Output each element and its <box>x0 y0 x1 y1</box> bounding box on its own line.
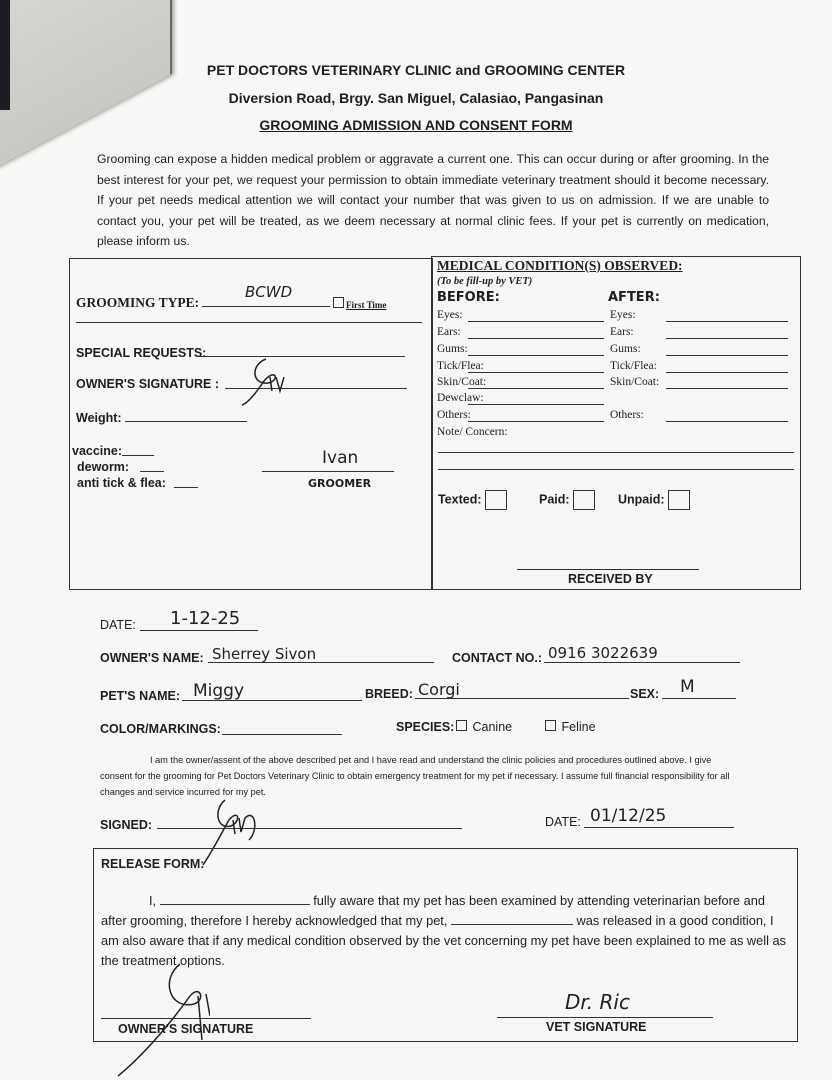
medical-before-row[interactable]: Dewclaw: <box>437 392 484 404</box>
before-label: Dewclaw: <box>437 392 484 404</box>
deworm-field[interactable] <box>140 471 164 472</box>
after-field[interactable] <box>666 321 788 322</box>
canine-label: Canine <box>472 720 512 734</box>
groomer-label: GROOMER <box>308 477 371 490</box>
first-time-label: First Time <box>346 300 386 310</box>
pet-name-label: PET'S NAME: <box>100 689 180 703</box>
medical-before-row[interactable]: Gums: <box>437 343 468 355</box>
owner-name-label: OWNER'S NAME: <box>100 651 204 665</box>
form-title: GROOMING ADMISSION AND CONSENT FORM <box>0 117 832 133</box>
medical-title: MEDICAL CONDITION(S) OBSERVED: <box>437 258 683 274</box>
grooming-type-field[interactable] <box>202 306 330 307</box>
anti-tick-flea-label: anti tick & flea: <box>77 476 166 490</box>
medical-after-row[interactable]: Others: <box>610 409 644 421</box>
before-label: BEFORE: <box>437 290 500 305</box>
after-label: Skin/Coat: <box>610 376 659 388</box>
feline-label: Feline <box>561 720 595 734</box>
grooming-type-value: BCWD <box>245 283 292 301</box>
owner-signature-label: OWNER'S SIGNATURE : <box>76 377 219 391</box>
consent-date-value: 01/12/25 <box>590 806 666 826</box>
release-title: RELEASE FORM: <box>101 857 204 871</box>
date-field[interactable] <box>140 630 258 631</box>
date-value: 1-12-25 <box>170 608 240 629</box>
checkbox-icon <box>456 720 467 731</box>
owner-signature-field[interactable] <box>225 388 407 389</box>
checkbox-icon <box>573 490 595 510</box>
consent-paragraph: I am the owner/assent of the above descr… <box>100 752 742 800</box>
color-markings-label: COLOR/MARKINGS: <box>100 722 221 736</box>
before-label: Eyes: <box>437 309 463 321</box>
before-label: Tick/Flea: <box>437 360 484 372</box>
pet-name-value: Miggy <box>193 681 244 701</box>
grooming-type-label: GROOMING TYPE: <box>76 295 199 311</box>
anti-tick-flea-field[interactable] <box>174 487 198 488</box>
medical-before-row[interactable]: Eyes: <box>437 309 463 321</box>
before-field[interactable] <box>468 372 604 373</box>
groomer-signature: Ivan <box>322 448 358 468</box>
vet-signature-value: Dr. Ric <box>565 990 630 1014</box>
paid-checkbox[interactable]: Paid: <box>539 490 595 510</box>
medical-subtitle: (To be fill-up by VET) <box>437 276 532 287</box>
weight-field[interactable] <box>125 421 247 422</box>
before-field[interactable] <box>468 355 604 356</box>
release-owner-name-field[interactable] <box>160 904 310 905</box>
vet-signature-field[interactable] <box>497 1017 713 1018</box>
medical-before-row[interactable]: Others: <box>437 409 471 421</box>
note-line-1[interactable] <box>438 452 794 453</box>
clinic-name: PET DOCTORS VETERINARY CLINIC and GROOMI… <box>0 62 832 78</box>
vaccine-field[interactable] <box>122 455 154 456</box>
species-feline-checkbox[interactable]: Feline <box>545 720 596 734</box>
after-field[interactable] <box>666 388 788 389</box>
checkbox-icon <box>485 490 507 510</box>
after-label: Tick/Flea: <box>610 360 657 372</box>
deworm-label: deworm: <box>77 460 129 474</box>
signed-field[interactable] <box>157 828 462 829</box>
checkbox-icon <box>545 720 556 731</box>
unpaid-label: Unpaid: <box>618 492 665 506</box>
groomer-field[interactable] <box>262 471 394 472</box>
medical-before-row[interactable]: Ears: <box>437 326 461 338</box>
after-field[interactable] <box>666 338 788 339</box>
sex-field[interactable] <box>662 698 736 699</box>
vaccine-label: vaccine: <box>72 444 122 458</box>
special-requests-label: SPECIAL REQUESTS: <box>76 346 206 360</box>
medical-before-row[interactable]: Tick/Flea: <box>437 360 484 372</box>
medical-after-row[interactable]: Gums: <box>610 343 641 355</box>
medical-after-row[interactable]: Tick/Flea: <box>610 360 657 372</box>
date-label: DATE: <box>100 618 136 632</box>
release-text-1: I, <box>149 893 160 908</box>
first-time-checkbox[interactable]: First Time <box>333 297 386 310</box>
before-label: Ears: <box>437 326 461 338</box>
after-label: Others: <box>610 409 644 421</box>
before-label: Others: <box>437 409 471 421</box>
intro-paragraph: Grooming can expose a hidden medical pro… <box>97 149 769 252</box>
checkbox-icon <box>333 297 344 308</box>
signed-label: SIGNED: <box>100 818 152 832</box>
after-field[interactable] <box>666 421 788 422</box>
release-owner-signature-label: OWNER'S SIGNATURE <box>118 1022 253 1036</box>
owner-name-value: Sherrey Sivon <box>212 645 316 663</box>
contact-field[interactable] <box>544 662 740 663</box>
paid-label: Paid: <box>539 492 570 506</box>
vet-signature-label: VET SIGNATURE <box>546 1020 646 1034</box>
clinic-address: Diversion Road, Brgy. San Miguel, Calasi… <box>0 90 832 106</box>
after-label: AFTER: <box>608 290 660 305</box>
release-paragraph: I, fully aware that my pet has been exam… <box>101 891 791 971</box>
note-label: Note/ Concern: <box>437 426 508 438</box>
before-field[interactable] <box>468 321 604 322</box>
consent-date-field[interactable] <box>584 827 734 828</box>
before-label: Gums: <box>437 343 468 355</box>
medical-box <box>431 256 801 590</box>
sex-label: SEX: <box>630 687 659 701</box>
after-label: Ears: <box>610 326 634 338</box>
color-markings-field[interactable] <box>222 734 342 735</box>
texted-checkbox[interactable]: Texted: <box>438 490 507 510</box>
after-label: Gums: <box>610 343 641 355</box>
release-pet-name-field[interactable] <box>451 924 573 925</box>
texted-label: Texted: <box>438 492 482 506</box>
before-label: Skin/Coat: <box>437 376 486 388</box>
release-owner-signature-field[interactable] <box>101 1018 311 1019</box>
before-field[interactable] <box>468 404 604 405</box>
special-requests-field[interactable] <box>200 356 405 357</box>
received-by-label: RECEIVED BY <box>568 572 653 586</box>
breed-label: BREED: <box>365 687 413 701</box>
consent-date-label: DATE: <box>545 815 581 829</box>
breed-value: Corgi <box>418 680 460 699</box>
before-field[interactable] <box>468 388 604 389</box>
contact-value: 0916 3022639 <box>548 644 658 662</box>
before-field[interactable] <box>468 421 604 422</box>
grooming-type-field-2[interactable] <box>76 322 422 323</box>
before-field[interactable] <box>468 338 604 339</box>
received-by-field[interactable] <box>517 569 699 570</box>
medical-after-row[interactable]: Ears: <box>610 326 634 338</box>
checkbox-icon <box>668 490 690 510</box>
after-field[interactable] <box>666 372 788 373</box>
medical-after-row[interactable]: Eyes: <box>610 309 636 321</box>
species-label: SPECIES: <box>396 720 454 734</box>
after-field[interactable] <box>666 355 788 356</box>
sex-value: M <box>680 677 695 697</box>
medical-after-row[interactable]: Skin/Coat: <box>610 376 659 388</box>
contact-label: CONTACT NO.: <box>452 651 542 665</box>
after-label: Eyes: <box>610 309 636 321</box>
species-canine-checkbox[interactable]: Canine <box>456 720 512 734</box>
medical-before-row[interactable]: Skin/Coat: <box>437 376 486 388</box>
weight-label: Weight: <box>76 411 122 425</box>
unpaid-checkbox[interactable]: Unpaid: <box>618 490 690 510</box>
note-line-2[interactable] <box>438 469 794 470</box>
